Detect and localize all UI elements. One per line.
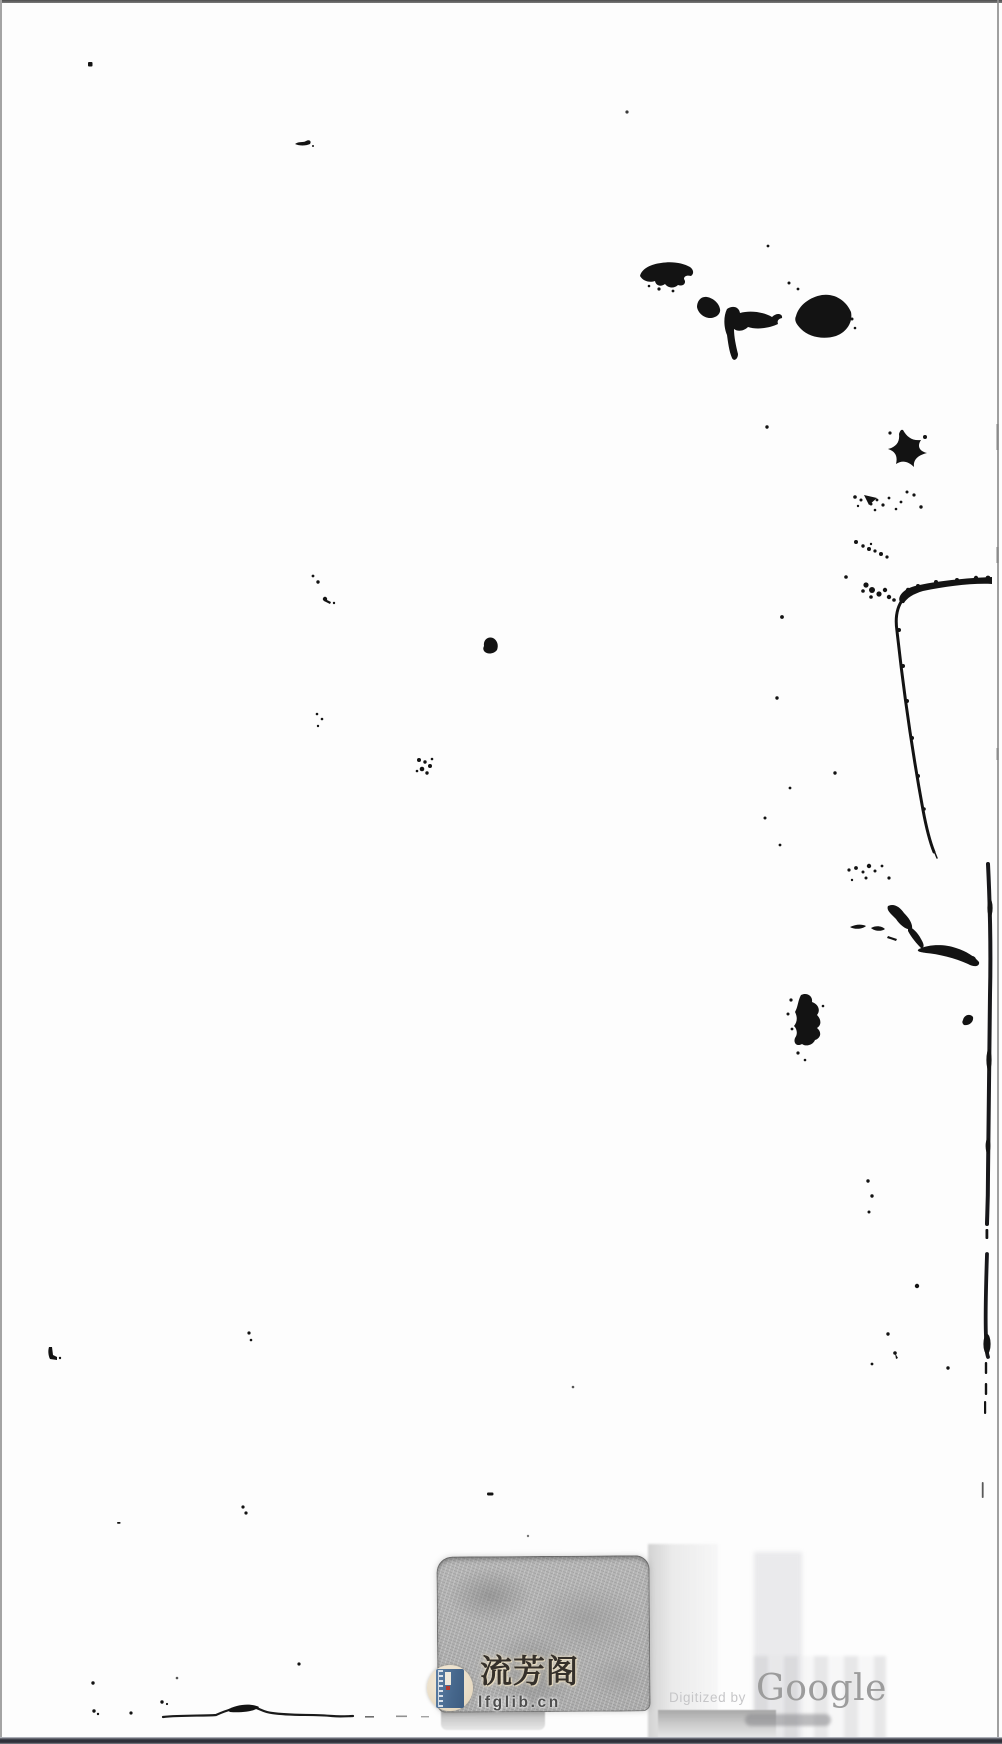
book-title-label bbox=[445, 1672, 451, 1685]
scan-border-top bbox=[0, 0, 1002, 3]
scattered-specks bbox=[48, 62, 949, 1537]
scan-border-left bbox=[0, 0, 2, 1744]
bottom-ink-line bbox=[91, 1662, 429, 1717]
scan-border-right bbox=[997, 0, 999, 1744]
ink-blob-squiggle bbox=[787, 994, 974, 1061]
ink-stains-layer bbox=[0, 0, 1002, 1744]
book-red-seal bbox=[446, 1686, 450, 1690]
scanned-page: 流芳阁 lfglib.cn Digitized by Google bbox=[0, 0, 1002, 1744]
book-binding-stitches bbox=[438, 1670, 443, 1707]
ink-curve-stroke bbox=[844, 575, 992, 858]
ink-streak-cluster bbox=[847, 864, 979, 966]
google-logo-text: Google bbox=[756, 1668, 887, 1709]
ink-splatter-star bbox=[853, 430, 927, 559]
lfg-site-name: 流芳阁 bbox=[480, 1652, 579, 1690]
ink-blot-cluster-top bbox=[640, 245, 856, 360]
scan-border-bottom bbox=[0, 1737, 1002, 1744]
digitized-by-label: Digitized by bbox=[669, 1690, 746, 1705]
chinese-book-icon bbox=[436, 1669, 464, 1708]
lfg-site-url: lfglib.cn bbox=[478, 1694, 561, 1712]
lfg-badge bbox=[427, 1665, 473, 1711]
heavy-vertical-line bbox=[982, 424, 999, 1498]
